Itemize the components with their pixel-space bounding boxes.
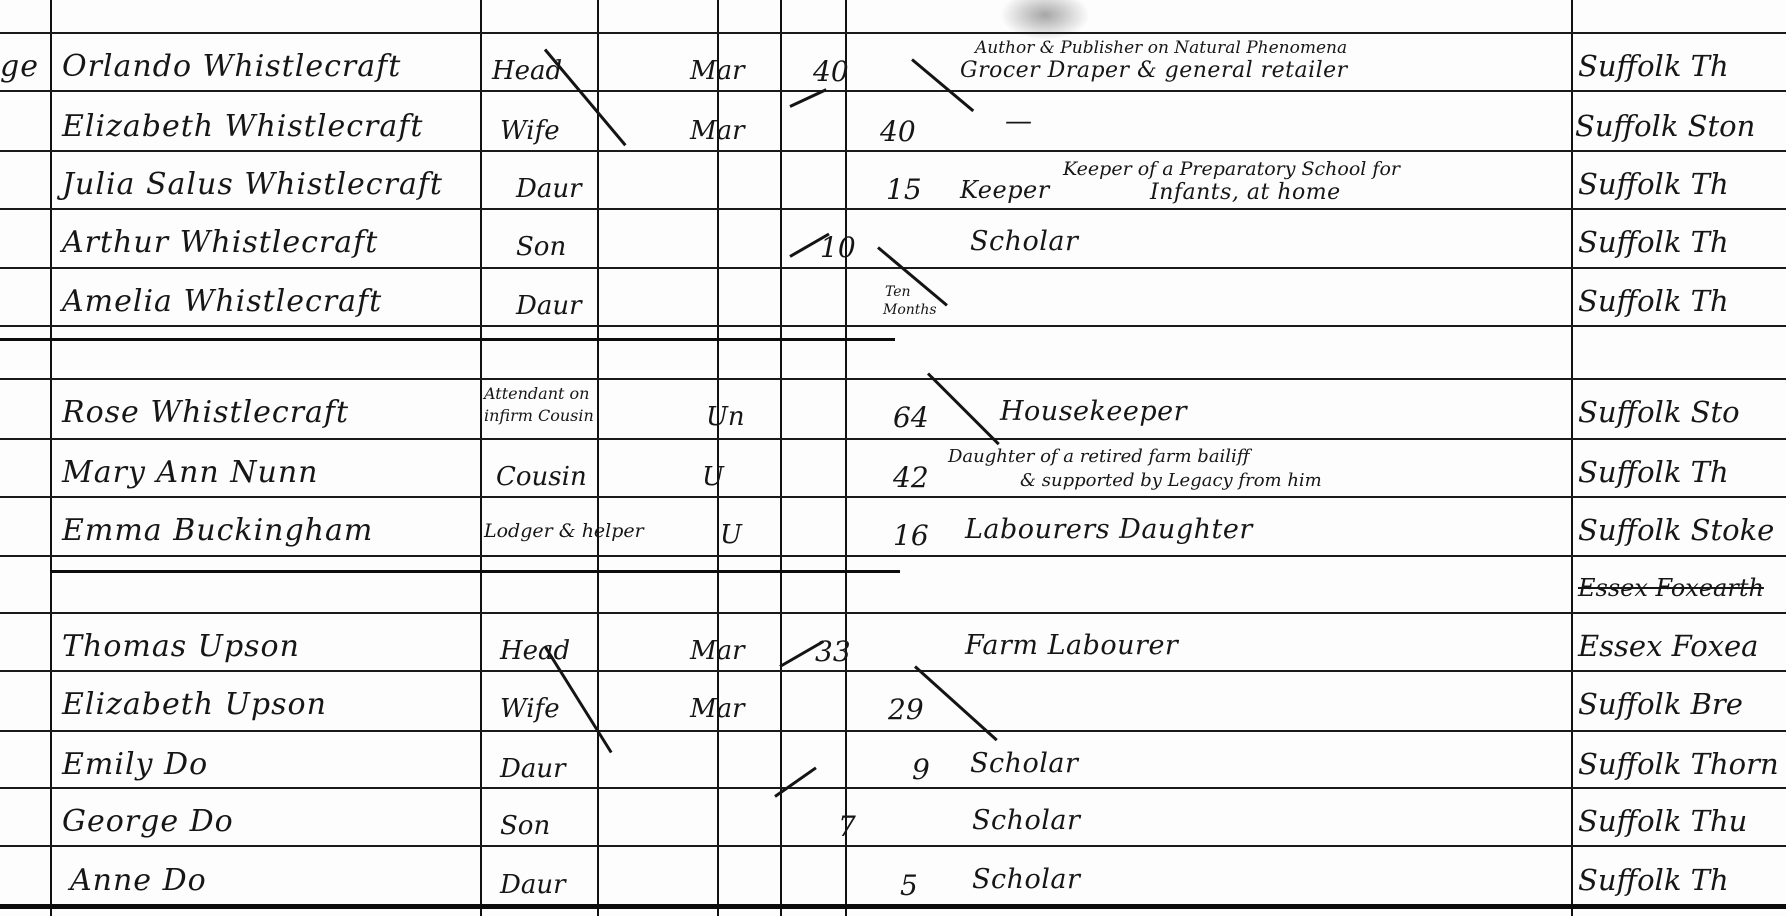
age-female: 29 (888, 696, 924, 724)
age-female: 40 (880, 118, 916, 146)
birthplace: Suffolk Th (1578, 52, 1729, 81)
tally-stroke (927, 372, 1000, 445)
age-female: 9 (912, 756, 930, 784)
person-name: Arthur Whistlecraft (62, 228, 378, 258)
birthplace: Suffolk Th (1578, 866, 1729, 895)
age-female-line2: Months (883, 303, 937, 317)
relation: Cousin (496, 464, 587, 490)
margin-fragment: ge (0, 52, 39, 82)
relation: Lodger & helper (484, 522, 644, 541)
person-name: Anne Do (70, 866, 207, 896)
row-rule (0, 845, 1786, 847)
row-rule (0, 90, 1786, 92)
column-rule (1571, 0, 1573, 916)
page-bottom-rule (0, 904, 1786, 909)
row-rule (0, 555, 1786, 557)
person-name: Julia Salus Whistlecraft (62, 170, 443, 200)
birthplace: Suffolk Thorn (1578, 750, 1779, 779)
person-name: George Do (62, 807, 234, 837)
person-name: Mary Ann Nunn (62, 458, 319, 488)
age-female: 42 (893, 464, 929, 492)
relation: Daur (500, 872, 566, 898)
occupation: Labourers Daughter (965, 516, 1253, 543)
relation: Son (500, 813, 550, 839)
household-divider (50, 570, 900, 573)
occupation: Scholar (970, 228, 1078, 255)
age-male: 40 (813, 58, 849, 86)
row-rule (0, 208, 1786, 210)
person-name: Thomas Upson (62, 632, 300, 662)
relation: Attendant on (484, 386, 589, 402)
row-rule (0, 378, 1786, 380)
person-name: Emma Buckingham (62, 516, 373, 546)
birthplace: Suffolk Th (1578, 228, 1729, 257)
condition: Mar (690, 118, 745, 144)
person-name: Amelia Whistlecraft (62, 287, 382, 317)
occupation: — (1005, 108, 1033, 135)
person-name: Elizabeth Whistlecraft (62, 112, 423, 142)
birthplace: Suffolk Ston (1575, 112, 1755, 141)
row-rule (0, 670, 1786, 672)
relation: Daur (516, 176, 582, 202)
row-rule (0, 730, 1786, 732)
age-female: Ten (885, 285, 911, 299)
relation: Head (492, 58, 562, 84)
person-name: Elizabeth Upson (62, 690, 327, 720)
condition: Mar (690, 58, 745, 84)
relation: Wife (500, 696, 560, 722)
row-rule (0, 787, 1786, 789)
row-rule (0, 267, 1786, 269)
occupation-prefix: Keeper (960, 178, 1050, 202)
row-rule (0, 496, 1786, 498)
row-rule (0, 438, 1786, 440)
relation: Daur (500, 756, 566, 782)
relation: Daur (516, 293, 582, 319)
person-name: Rose Whistlecraft (62, 398, 349, 428)
age-male: 7 (838, 813, 856, 841)
occupation: Scholar (972, 807, 1080, 834)
occupation: Housekeeper (1000, 398, 1187, 425)
birthplace: Suffolk Bre (1578, 690, 1743, 719)
occupation: Scholar (972, 866, 1080, 893)
condition: Mar (690, 696, 745, 722)
occupation-line2: & supported by Legacy from him (1020, 472, 1322, 490)
condition: Un (706, 404, 745, 430)
birthplace: Suffolk Th (1578, 287, 1729, 316)
relation-line2: infirm Cousin (484, 408, 594, 424)
row-rule (0, 325, 1786, 327)
ink-smudge (1000, 0, 1090, 40)
person-name: Orlando Whistlecraft (62, 52, 401, 82)
occupation: Scholar (970, 750, 1078, 777)
age-male: 10 (820, 234, 856, 262)
struck-birthplace: Essex Foxearth (1578, 576, 1764, 600)
birthplace: Suffolk Th (1578, 458, 1729, 487)
condition: U (720, 522, 742, 548)
household-divider (0, 338, 895, 341)
occupation: Keeper of a Preparatory School for (1063, 160, 1400, 179)
column-rule (780, 0, 782, 916)
census-page: ge Orlando Whistlecraft Head Mar 40 Auth… (0, 0, 1786, 916)
relation: Head (500, 638, 570, 664)
birthplace: Suffolk Thu (1578, 807, 1747, 836)
condition: Mar (690, 638, 745, 664)
column-rule (845, 0, 847, 916)
row-rule (0, 150, 1786, 152)
age-female: 5 (900, 872, 918, 900)
occupation: Farm Labourer (965, 632, 1178, 659)
column-rule (597, 0, 599, 916)
relation: Son (516, 234, 566, 260)
occupation: Daughter of a retired farm bailiff (948, 448, 1250, 466)
column-rule (480, 0, 482, 916)
age-female: 15 (886, 176, 922, 204)
condition: U (702, 464, 724, 490)
age-female: 64 (893, 404, 929, 432)
birthplace: Essex Foxea (1578, 632, 1758, 661)
birthplace: Suffolk Th (1578, 170, 1729, 199)
birthplace: Suffolk Sto (1578, 398, 1740, 427)
row-rule (0, 612, 1786, 614)
age-female: 16 (893, 522, 929, 550)
column-rule (50, 0, 52, 916)
person-name: Emily Do (62, 750, 208, 780)
occupation-line2: Grocer Draper & general retailer (960, 60, 1348, 82)
birthplace: Suffolk Stoke (1578, 516, 1774, 545)
relation: Wife (500, 118, 560, 144)
occupation-line2: Infants, at home (1150, 182, 1341, 204)
occupation: Author & Publisher on Natural Phenomena (975, 40, 1347, 57)
row-rule (0, 32, 1786, 34)
